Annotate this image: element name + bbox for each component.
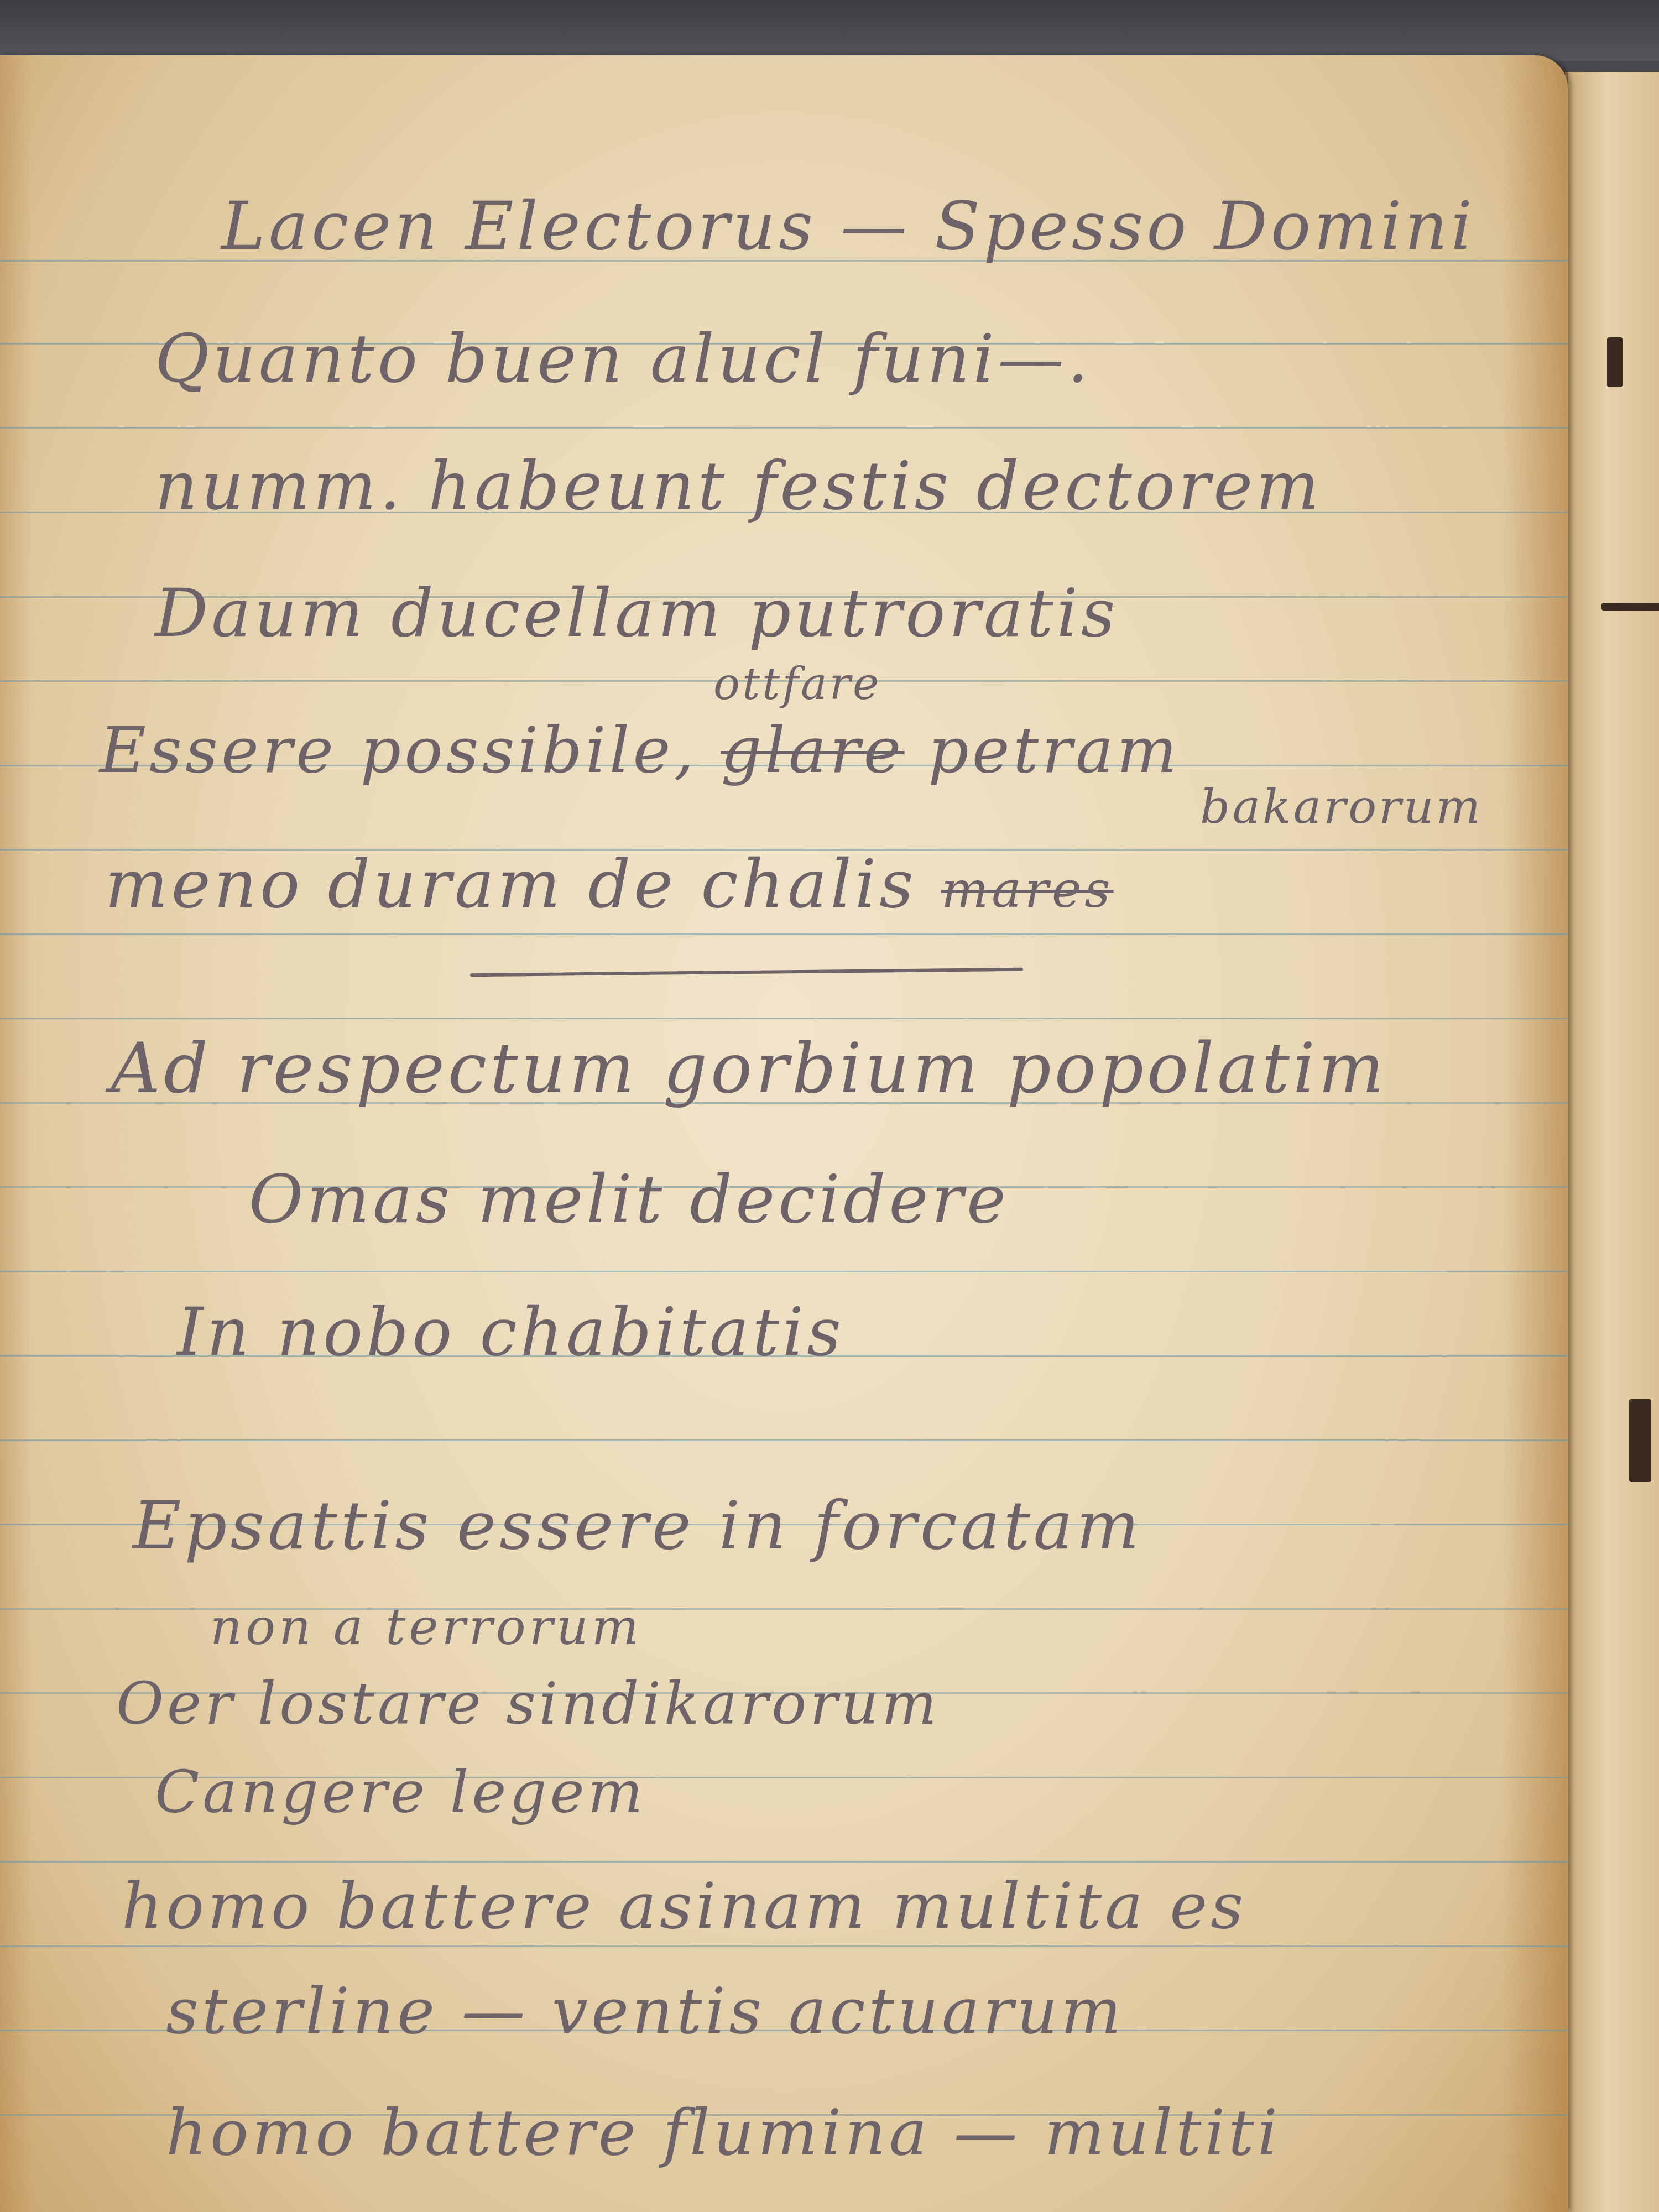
binding-hole-mark <box>1607 337 1623 387</box>
handwritten-line: Oer lostare sindikarorum <box>116 1670 940 1738</box>
handwritten-line: Quanto buen alucl funi—. <box>155 321 1092 398</box>
line-text-continued: petram <box>928 713 1180 787</box>
inserted-word: bakarorum <box>1200 780 1483 834</box>
ruled-line <box>0 1861 1568 1863</box>
handwritten-line: Lacen Electorus — Spesso Domini <box>221 188 1475 265</box>
handwritten-line: Omas melit decidere <box>249 1161 1009 1238</box>
edge-stain <box>1501 55 1568 2212</box>
handwritten-line: homo battere flumina — multiti <box>166 2096 1281 2170</box>
ruled-line <box>0 1439 1568 1441</box>
handwritten-line: numm. habeunt festis dectorem <box>155 448 1322 525</box>
edge-stain <box>0 55 33 2212</box>
line-text: Essere possibile, <box>100 713 697 787</box>
handwritten-line: In nobo chabitatis <box>177 1294 844 1371</box>
line-text: meno duram de chalis <box>105 846 917 923</box>
ruled-line <box>0 933 1568 935</box>
handwritten-line: Epsattis essere in forcatam <box>133 1488 1142 1564</box>
handwritten-line: non a terrorum <box>210 1598 642 1656</box>
handwritten-line: Cangere legem <box>155 1759 646 1826</box>
inserted-word: ottfare <box>713 658 881 709</box>
struck-word: mares <box>941 861 1113 919</box>
tear-mark <box>1601 603 1659 611</box>
divider-stroke <box>470 968 1023 977</box>
tear-mark <box>1629 1399 1651 1482</box>
handwritten-line: Essere possibile, glare petram <box>100 713 1181 787</box>
notebook-page: Lacen Electorus — Spesso Domini Quanto b… <box>0 55 1568 2212</box>
handwritten-line: Daum ducellam putroratis <box>155 575 1119 652</box>
handwritten-line: homo battere asinam multita es <box>122 1869 1246 1943</box>
handwritten-line: Ad respectum gorbium popolatim <box>111 1029 1387 1109</box>
ruled-line <box>0 1018 1568 1019</box>
ruled-line <box>0 427 1568 429</box>
handwritten-line: sterline — ventis actuarum <box>166 1974 1125 2048</box>
ruled-line <box>0 1945 1568 1947</box>
ruled-line <box>0 1271 1568 1272</box>
struck-word: glare <box>721 713 905 787</box>
adjacent-page-edge <box>1565 72 1659 2212</box>
background-surface <box>0 0 1659 61</box>
handwritten-line: meno duram de chalis mares <box>105 846 1113 923</box>
